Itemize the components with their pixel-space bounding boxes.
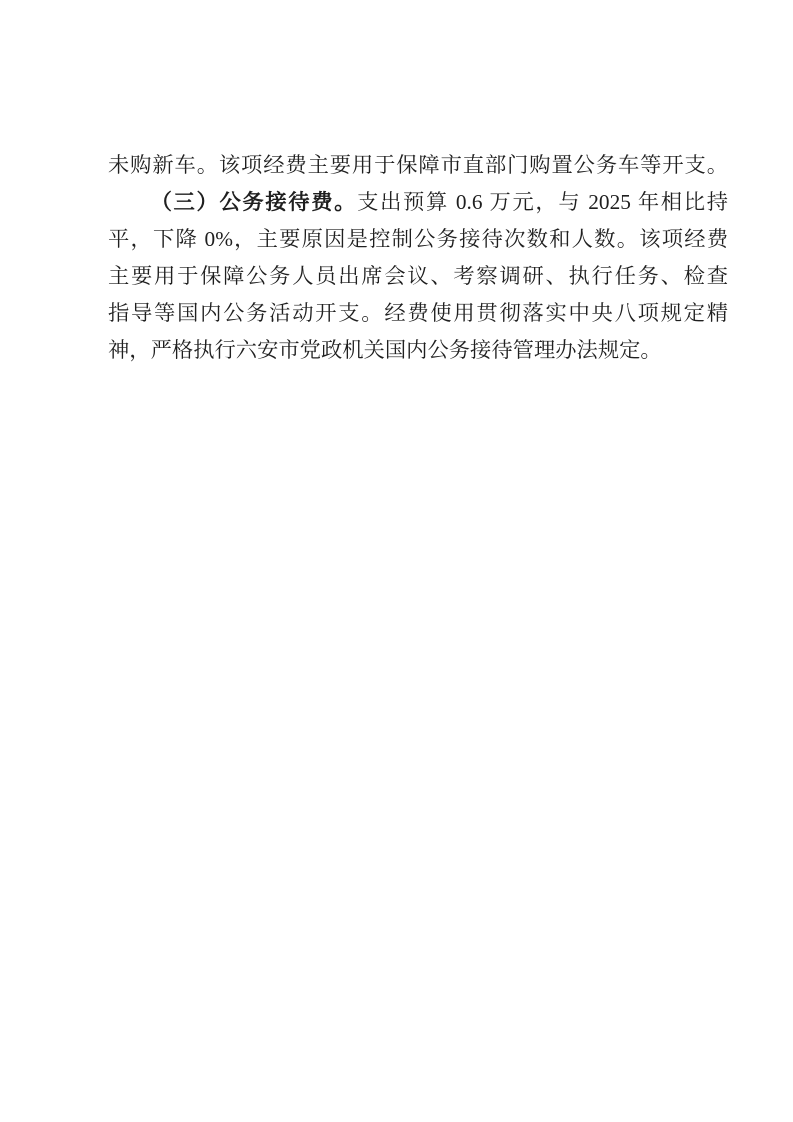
- paragraph-line: 主要用于保障公务人员出席会议、考察调研、执行任务、检查: [108, 258, 728, 295]
- document-page: 未购新车。该项经费主要用于保障市直部门购置公务车等开支。 （三）公务接待费。支出…: [0, 0, 793, 1122]
- paragraph-line: （三）公务接待费。支出预算 0.6 万元，与 2025 年相比持: [108, 184, 728, 221]
- paragraph-line: 指导等国内公务活动开支。经费使用贯彻落实中央八项规定精: [108, 295, 728, 332]
- paragraph-line: 神，严格执行六安市党政机关国内公务接待管理办法规定。: [108, 332, 728, 369]
- section-heading: （三）公务接待费。: [151, 190, 358, 214]
- body-text: 未购新车。该项经费主要用于保障市直部门购置公务车等开支。 （三）公务接待费。支出…: [108, 147, 728, 369]
- paragraph-line-text: 支出预算 0.6 万元，与 2025 年相比持: [357, 190, 728, 214]
- paragraph-line: 平，下降 0%，主要原因是控制公务接待次数和人数。该项经费: [108, 221, 728, 258]
- paragraph-line: 未购新车。该项经费主要用于保障市直部门购置公务车等开支。: [108, 147, 728, 184]
